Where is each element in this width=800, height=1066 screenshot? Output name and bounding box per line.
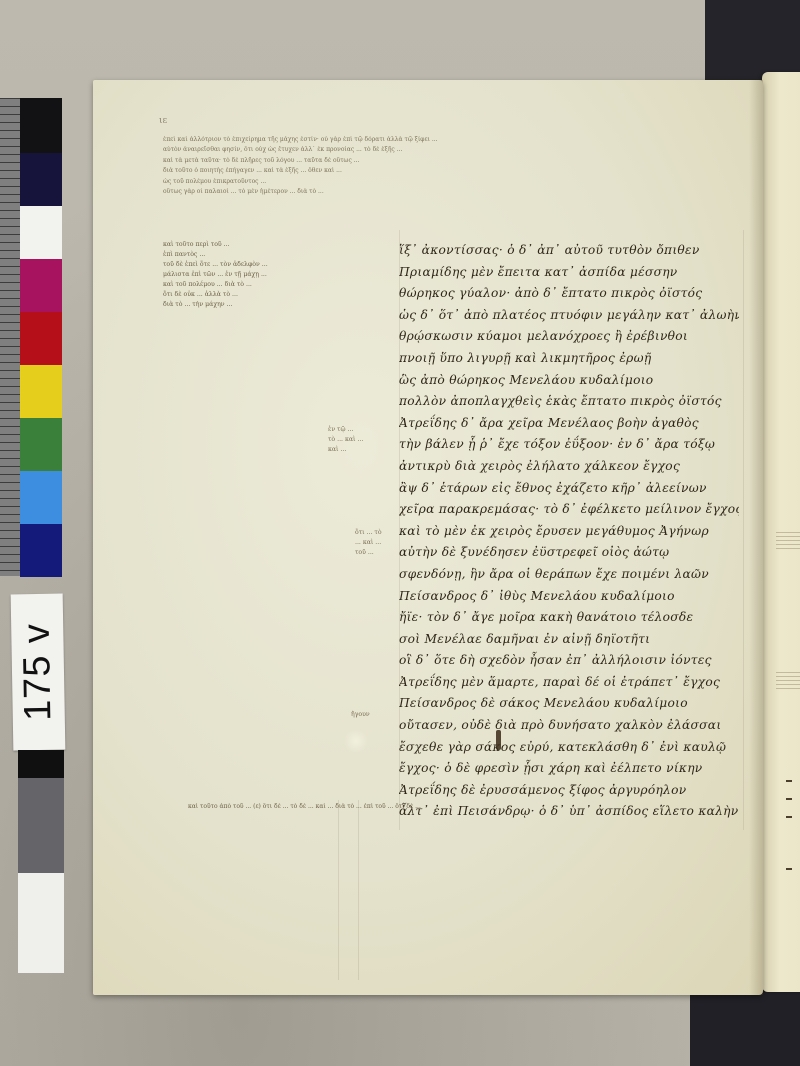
gloss-line: καὶ τοῦτο περὶ τοῦ ... <box>163 240 363 250</box>
ink-stain <box>496 730 501 750</box>
main-line: ὡς δ᾽ ὅτ᾽ ἀπὸ πλατέος πτυόφιν μεγάλην κα… <box>399 305 739 327</box>
main-line: πνοιῇ ὕπο λιγυρῇ καὶ λικμητῆρος ἐρωῇ <box>399 348 739 370</box>
gloss-line: διὰ τὸ ... τὴν μάχην ... <box>163 300 363 310</box>
main-line: Ἀτρεΐδης δ᾽ ἄρα χεῖρα Μενέλαος βοὴν ἀγαθ… <box>399 413 739 435</box>
main-line: Πείσανδρος δὲ σάκος Μενελάου κυδαλίμοιο <box>399 693 739 715</box>
main-line: καὶ τὸ μὲν ἐκ χειρὸς ἔρυσεν μεγάθυμος Ἀγ… <box>399 521 739 543</box>
main-line: αὐτὴν δὲ ξυνέδησεν ἐϋστρεφεῖ οἰὸς ἀώτῳ <box>399 542 739 564</box>
gloss-line: ἐπὶ παντὸς ... <box>163 250 363 260</box>
gloss-line: τὸ ... καὶ ... <box>328 435 363 445</box>
scholia-line: αὐτὸν ἀναιρεῖσθαι φησίν, ὅτι οὐχ ὡς ἔτυχ… <box>163 145 723 155</box>
swatch-navy-blue <box>20 524 62 577</box>
scholia-line: ἐπεὶ καὶ ἀλλότριον τὸ ἐπιχείρημα τῆς μάχ… <box>163 135 723 145</box>
main-line: ἤϊε· τὸν δ᾽ ἄγε μοῖρα κακὴ θανάτοιο τέλο… <box>399 607 739 629</box>
gray-calibration-strip <box>18 750 64 973</box>
main-line: οἳ δ᾽ ὅτε δὴ σχεδὸν ἦσαν ἐπ᾽ ἀλλήλοισιν … <box>399 650 739 672</box>
gray-swatch-mid-gray <box>18 778 64 873</box>
gray-swatch-black <box>18 750 64 778</box>
top-scholia-block: ἐπεὶ καὶ ἀλλότριον τὸ ἐπιχείρημα τῆς μάχ… <box>163 135 723 197</box>
interlinear-gloss: ὅτι ... τὸ... καὶ ...τοῦ ... <box>355 528 382 558</box>
scholia-line: οὕτως γὰρ οἱ παλαιοὶ ... τὸ μὲν ἡμέτερον… <box>163 187 723 197</box>
main-line: τὴν βάλεν ᾗ ῥ᾽ ἔχε τόξον ἐΰξοον· ἐν δ᾽ ἄ… <box>399 434 739 456</box>
main-line: οὔτασεν, οὐδὲ διὰ πρὸ δυνήσατο χαλκὸν ἐλ… <box>399 715 739 737</box>
main-line: ὣς ἀπὸ θώρηκος Μενελάου κυδαλίμοιο <box>399 370 739 392</box>
main-line: ἵξ᾽ ἀκοντίσσας· ὁ δ᾽ ἀπ᾽ αὐτοῦ τυτθὸν ὄπ… <box>399 240 739 262</box>
bottom-scholia: καὶ τοῦτο ἀπὸ τοῦ ... (ε) ὅτι δὲ ... τὸ … <box>188 803 748 810</box>
main-text-column: ἵξ᾽ ἀκοντίσσας· ὁ δ᾽ ἀπ᾽ αὐτοῦ τυτθὸν ὄπ… <box>399 240 739 823</box>
ruling-line-vertical <box>358 800 359 980</box>
main-line: Πριαμίδης μὲν ἔπειτα κατ᾽ ἀσπίδα μέσσην <box>399 262 739 284</box>
gray-swatch-white <box>18 873 64 973</box>
swatch-yellow <box>20 365 62 418</box>
main-line: χεῖρα παρακρεμάσας· τὸ δ᾽ ἐφέλκετο μείλι… <box>399 499 739 521</box>
interlinear-gloss: ἐν τῷ ...τὸ ... καὶ ...καὶ ... <box>328 425 363 455</box>
adjacent-page-mark <box>786 816 792 818</box>
water-spot <box>343 730 369 752</box>
ruling-line-vertical <box>338 800 339 980</box>
manuscript-folio: ιε ἐπεὶ καὶ ἀλλότριον τὸ ἐπιχείρημα τῆς … <box>93 80 763 995</box>
gloss-line: μάλιστα ἐπὶ τῶν ... ἐν τῇ μάχῃ ... <box>163 270 363 280</box>
main-line: Ἀτρεΐδης δὲ ἐρυσσάμενος ξίφος ἀργυρόηλον <box>399 780 739 802</box>
scholia-line: καὶ τὰ μετὰ ταῦτα· τὸ δὲ πλῆρες τοῦ λόγο… <box>163 156 723 166</box>
interlinear-gloss: ἤγουν <box>351 710 370 720</box>
swatch-magenta <box>20 259 62 312</box>
gloss-line: τοῦ δὲ ἐπεὶ ὅτε ... τὸν ἀδελφὸν ... <box>163 260 363 270</box>
main-line: ἔσχεθε γὰρ σάκος εὐρύ, κατεκλάσθη δ᾽ ἐνὶ… <box>399 737 739 759</box>
main-line: Πείσανδρος δ᾽ ἰθὺς Μενελάου κυδαλίμοιο <box>399 586 739 608</box>
main-line: Ἀτρεΐδης μὲν ἅμαρτε, παραὶ δέ οἱ ἐτράπετ… <box>399 672 739 694</box>
main-line: πολλὸν ἀποπλαγχθεὶς ἑκὰς ἔπτατο πικρὸς ὀ… <box>399 391 739 413</box>
swatch-green <box>20 418 62 471</box>
adjacent-page-mark <box>786 868 792 870</box>
main-line: ἔγχος· ὁ δὲ φρεσὶν ᾗσι χάρη καὶ ἐέλπετο … <box>399 758 739 780</box>
ruling-line-vertical <box>743 230 744 830</box>
main-line: σοὶ Μενέλαε δαμῆναι ἐν αἰνῇ δηϊοτῆτι <box>399 629 739 651</box>
main-line: ἀντικρὺ διὰ χειρὸς ἐλήλατο χάλκεον ἔγχος <box>399 456 739 478</box>
folio-number: 175 v <box>16 623 61 722</box>
dark-background-top-right <box>705 0 800 80</box>
main-line: σφενδόνῃ, ἣν ἄρα οἱ θεράπων ἔχε ποιμένι … <box>399 564 739 586</box>
adjacent-page-mark <box>786 798 792 800</box>
color-calibration-strip <box>20 98 62 577</box>
measurement-ruler <box>0 98 20 576</box>
dark-background-bottom-right <box>690 985 800 1066</box>
gloss-line: καὶ τοῦ πολέμου ... διὰ τὸ ... <box>163 280 363 290</box>
adjacent-page-gloss <box>776 672 800 690</box>
main-line: θρῴσκωσιν κύαμοι μελανόχροες ἢ ἐρέβινθοι <box>399 326 739 348</box>
gloss-line: τοῦ ... <box>355 548 382 558</box>
adjacent-page-mark <box>786 780 792 782</box>
swatch-light-blue <box>20 471 62 524</box>
main-line: ἂψ δ᾽ ἑτάρων εἰς ἔθνος ἐχάζετο κῆρ᾽ ἀλεε… <box>399 478 739 500</box>
scholia-line: ὡς τοῦ πολέμου ἐπικρατοῦντος ... <box>163 177 723 187</box>
adjacent-page-edge <box>762 72 800 992</box>
gloss-line: ὅτι ... τὸ <box>355 528 382 538</box>
folio-label: 175 v <box>11 594 66 751</box>
gloss-line: καὶ ... <box>328 445 363 455</box>
adjacent-page-gloss <box>776 532 800 550</box>
gloss-line: ἐν τῷ ... <box>328 425 363 435</box>
gloss-line: ἤγουν <box>351 710 370 720</box>
left-gloss-block: καὶ τοῦτο περὶ τοῦ ...ἐπὶ παντὸς ...τοῦ … <box>163 240 363 310</box>
quire-mark: ιε <box>159 116 167 126</box>
swatch-dark-navy <box>20 153 62 206</box>
main-line: θώρηκος γύαλον· ἀπὸ δ᾽ ἔπτατο πικρὸς ὀϊσ… <box>399 283 739 305</box>
swatch-white <box>20 206 62 259</box>
swatch-black <box>20 98 62 153</box>
gloss-line: ... καὶ ... <box>355 538 382 548</box>
swatch-red <box>20 312 62 365</box>
scholia-line: διὰ τοῦτο ὁ ποιητὴς ἐπήγαγεν ... καὶ τὰ … <box>163 166 723 176</box>
gloss-line: ὅτι δὲ οὐκ ... ἀλλὰ τὸ ... <box>163 290 363 300</box>
